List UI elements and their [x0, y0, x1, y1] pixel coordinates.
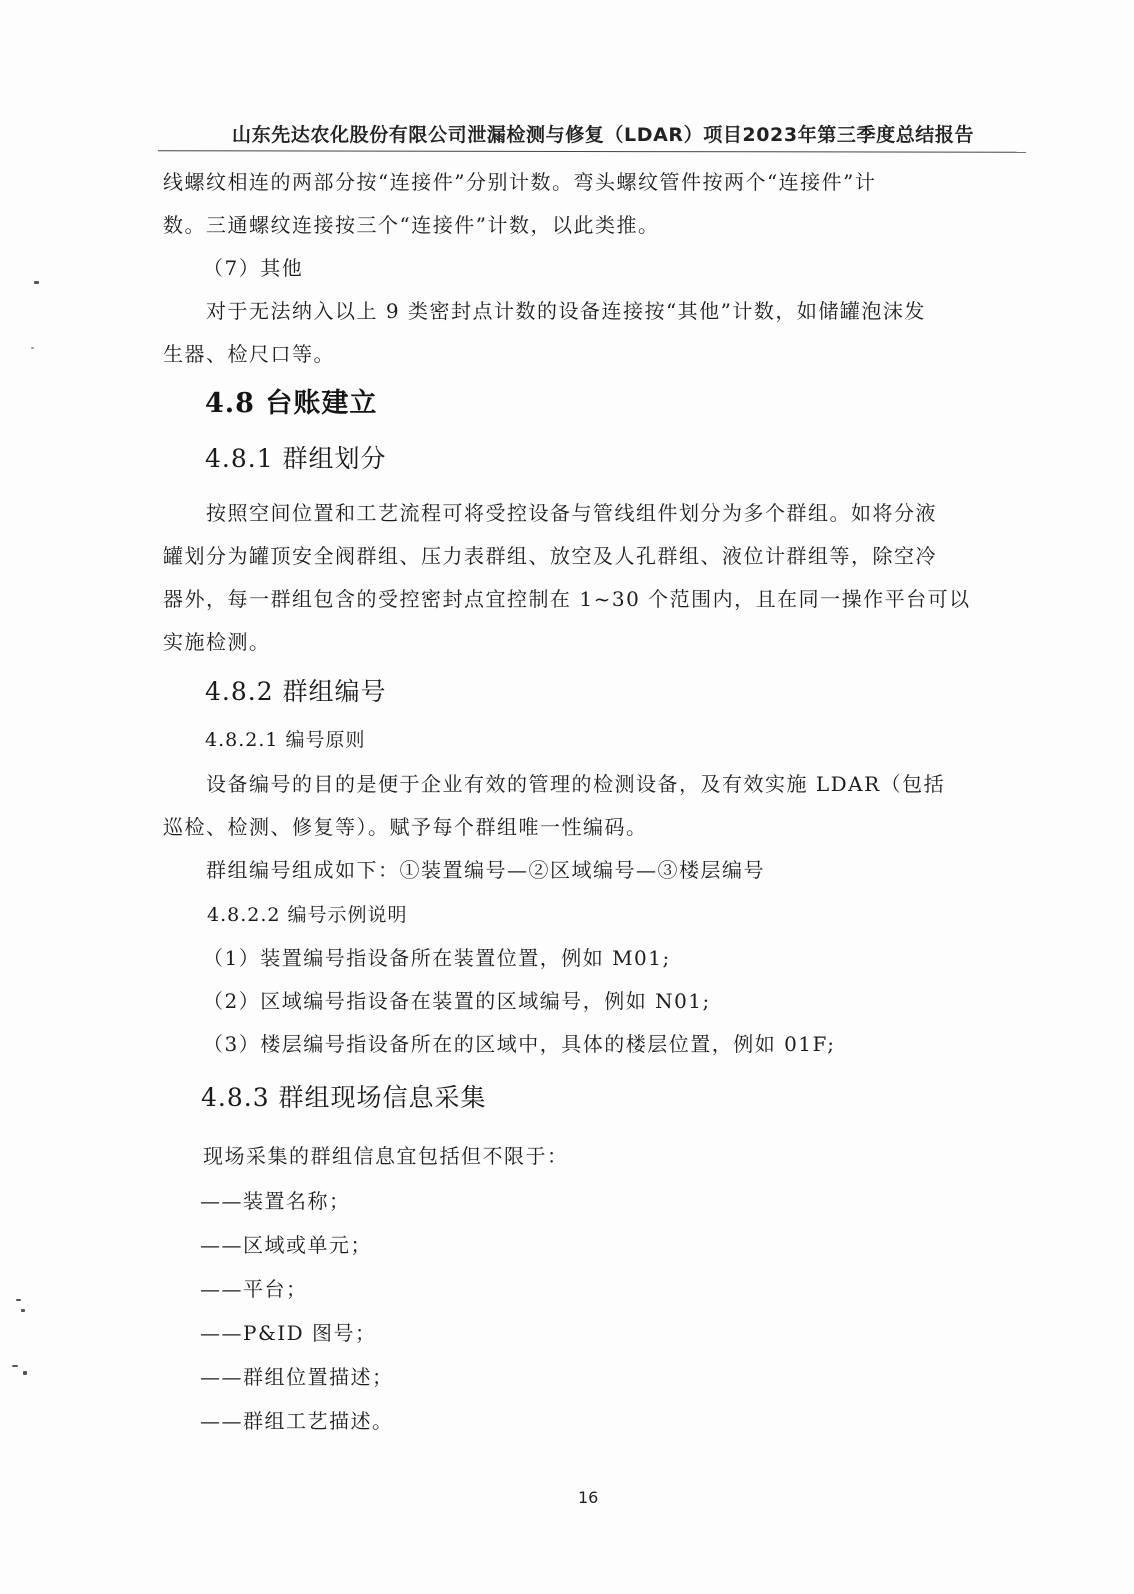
paragraph-line: 对于无法纳入以上 9 类密封点计数的设备连接按“其他”计数，如储罐泡沫发 — [206, 295, 926, 324]
document-page: 山东先达农化股份有限公司泄漏检测与修复（LDAR）项目2023年第三季度总结报告… — [0, 0, 1134, 1594]
list-item: ——平台； — [200, 1273, 308, 1302]
paragraph-line: 按照空间位置和工艺流程可将受控设备与管线组件划分为多个群组。如将分液 — [206, 497, 937, 526]
running-header: 山东先达农化股份有限公司泄漏检测与修复（LDAR）项目2023年第三季度总结报告 — [232, 120, 1032, 147]
list-item: （2）区域编号指设备在装置的区域编号，例如 N01; — [203, 985, 711, 1014]
section-heading-4-8-2-2: 4.8.2.2 编号示例说明 — [207, 900, 408, 927]
list-item: ——区域或单元； — [200, 1229, 372, 1258]
paragraph-line: 生器、检尺口等。 — [163, 338, 335, 367]
list-item: ——P&ID 图号； — [200, 1317, 377, 1346]
section-heading-4-8: 4.8 台账建立 — [205, 381, 377, 420]
paragraph-line: 线螺纹相连的两部分按“连接件”分别计数。弯头螺纹管件按两个“连接件”计 — [163, 166, 876, 195]
scan-speck — [12, 1365, 18, 1367]
section-heading-4-8-3: 4.8.3 群组现场信息采集 — [201, 1078, 487, 1114]
list-item: （3）楼层编号指设备所在的区域中，具体的楼层位置，例如 01F; — [203, 1028, 835, 1057]
paragraph-line: 现场采集的群组信息宜包括但不限于： — [203, 1140, 569, 1169]
list-item: ——群组位置描述； — [200, 1361, 394, 1390]
scan-speck — [31, 347, 34, 349]
paragraph-line: 器外，每一群组包含的受控密封点宜控制在 1~30 个范围内，且在同一操作平台可以 — [163, 583, 971, 612]
scan-speck — [21, 1309, 25, 1312]
paragraph-line: 巡检、检测、修复等）。赋予每个群组唯一性编码。 — [163, 811, 648, 840]
section-heading-4-8-2-1: 4.8.2.1 编号原则 — [205, 725, 366, 752]
list-item: ——群组工艺描述。 — [200, 1405, 394, 1434]
paragraph-line: 罐划分为罐顶安全阀群组、压力表群组、放空及人孔群组、液位计群组等，除空冷 — [163, 540, 937, 569]
scan-speck — [34, 281, 39, 284]
page-number: 16 — [578, 1488, 598, 1507]
scan-speck — [23, 1371, 27, 1375]
paragraph-line: 实施检测。 — [163, 626, 271, 655]
scan-speck — [16, 1299, 21, 1301]
header-rule — [158, 150, 1026, 153]
item-heading: （7）其他 — [203, 252, 303, 281]
paragraph-line: 数。三通螺纹连接按三个“连接件”计数，以此类推。 — [163, 209, 659, 238]
numbering-composition: 群组编号组成如下：①装置编号—②区域编号—③楼层编号 — [206, 854, 765, 883]
section-heading-4-8-2: 4.8.2 群组编号 — [205, 672, 387, 708]
list-item: （1）装置编号指设备所在装置位置，例如 M01; — [203, 942, 671, 971]
list-item: ——装置名称； — [200, 1185, 351, 1214]
section-heading-4-8-1: 4.8.1 群组划分 — [205, 439, 387, 475]
paragraph-line: 设备编号的目的是便于企业有效的管理的检测设备，及有效实施 LDAR（包括 — [206, 768, 945, 797]
